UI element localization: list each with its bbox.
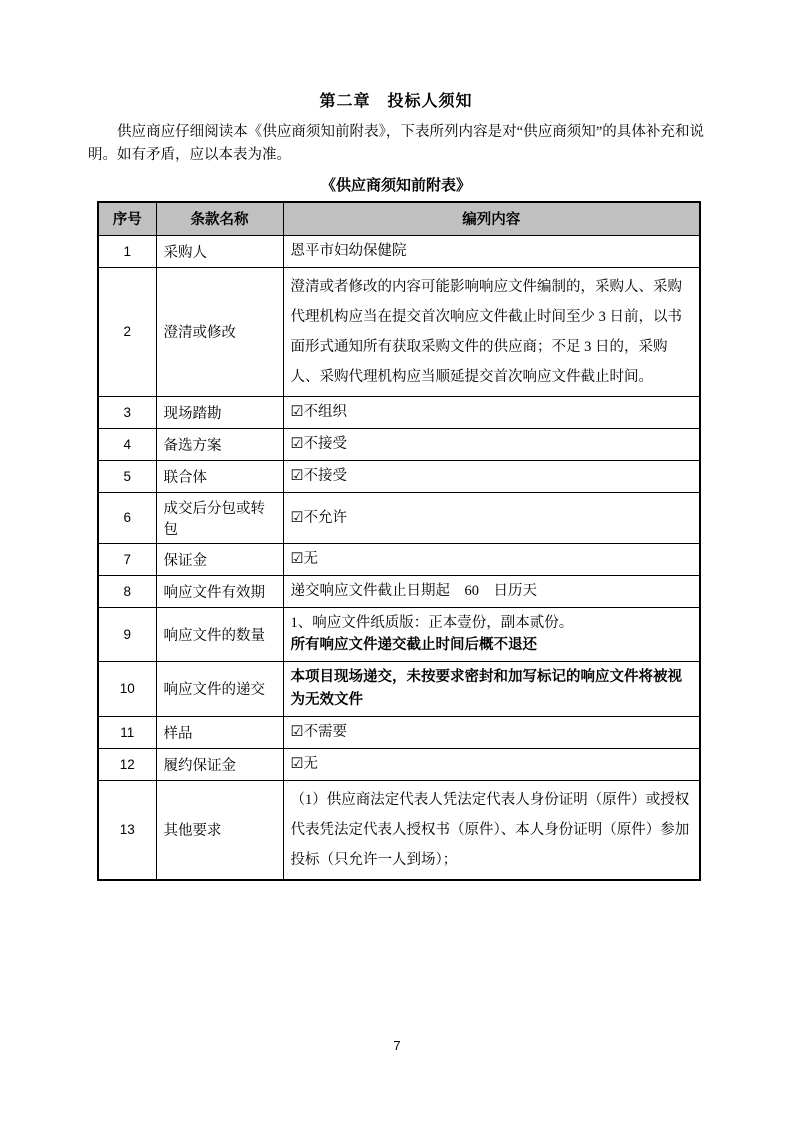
- clause-content: ☑不接受: [283, 428, 700, 460]
- row-number: 2: [98, 267, 156, 396]
- clause-content-line: 恩平市妇幼保健院: [291, 240, 693, 262]
- table-row: 2澄清或修改澄清或者修改的内容可能影响响应文件编制的，采购人、采购代理机构应当在…: [98, 267, 700, 396]
- clause-name: 澄清或修改: [156, 267, 283, 396]
- clause-content-line: ☑无: [291, 548, 693, 570]
- clause-name: 响应文件的数量: [156, 607, 283, 661]
- row-number: 12: [98, 748, 156, 780]
- row-number: 1: [98, 235, 156, 267]
- row-number: 8: [98, 575, 156, 607]
- clause-content: （1）供应商法定代表人凭法定代表人身份证明（原件）或授权代表凭法定代表人授权书（…: [283, 780, 700, 880]
- table-row: 1采购人恩平市妇幼保健院: [98, 235, 700, 267]
- table-row: 4备选方案☑不接受: [98, 428, 700, 460]
- clause-content-line: ☑无: [291, 753, 693, 775]
- clause-content-line: ☑不需要: [291, 721, 693, 743]
- clause-name: 保证金: [156, 543, 283, 575]
- clause-content-line: ☑不组织: [291, 401, 693, 423]
- clause-content: 1、响应文件纸质版：正本壹份，副本贰份。所有响应文件递交截止时间后概不退还: [283, 607, 700, 661]
- clause-content: 递交响应文件截止日期起 60 日历天: [283, 575, 700, 607]
- chapter-title: 第二章 投标人须知: [88, 88, 704, 111]
- clause-content: ☑不需要: [283, 716, 700, 748]
- table-row: 13其他要求（1）供应商法定代表人凭法定代表人身份证明（原件）或授权代表凭法定代…: [98, 780, 700, 880]
- front-annex-table: 序号 条款名称 编列内容 1采购人恩平市妇幼保健院2澄清或修改澄清或者修改的内容…: [97, 201, 701, 881]
- page-number: 7: [0, 1038, 794, 1053]
- clause-name: 响应文件有效期: [156, 575, 283, 607]
- clause-content-line: 1、响应文件纸质版：正本壹份，副本贰份。: [291, 612, 693, 634]
- row-number: 9: [98, 607, 156, 661]
- clause-name: 样品: [156, 716, 283, 748]
- row-number: 10: [98, 661, 156, 716]
- row-number: 7: [98, 543, 156, 575]
- clause-content-line: （1）供应商法定代表人凭法定代表人身份证明（原件）或授权代表凭法定代表人授权书（…: [291, 785, 693, 875]
- clause-name: 备选方案: [156, 428, 283, 460]
- row-number: 6: [98, 492, 156, 543]
- clause-content-line: ☑不允许: [291, 507, 693, 529]
- table-header-row: 序号 条款名称 编列内容: [98, 202, 700, 235]
- clause-content-line-bold: 本项目现场递交，未按要求密封和加写标记的响应文件将被视为无效文件: [291, 666, 693, 712]
- header-clause-name: 条款名称: [156, 202, 283, 235]
- row-number: 5: [98, 460, 156, 492]
- clause-name: 现场踏勘: [156, 396, 283, 428]
- clause-content-line-bold: 所有响应文件递交截止时间后概不退还: [291, 634, 693, 657]
- clause-content-line: ☑不接受: [291, 465, 693, 487]
- clause-content: ☑无: [283, 748, 700, 780]
- clause-content: ☑无: [283, 543, 700, 575]
- clause-name: 联合体: [156, 460, 283, 492]
- table-row: 8响应文件有效期递交响应文件截止日期起 60 日历天: [98, 575, 700, 607]
- header-seq: 序号: [98, 202, 156, 235]
- clause-content: ☑不组织: [283, 396, 700, 428]
- clause-content-line: ☑不接受: [291, 433, 693, 455]
- table-row: 10响应文件的递交本项目现场递交，未按要求密封和加写标记的响应文件将被视为无效文…: [98, 661, 700, 716]
- clause-name: 采购人: [156, 235, 283, 267]
- table-row: 6成交后分包或转包☑不允许: [98, 492, 700, 543]
- table-title: 《供应商须知前附表》: [88, 174, 704, 195]
- clause-content: 本项目现场递交，未按要求密封和加写标记的响应文件将被视为无效文件: [283, 661, 700, 716]
- row-number: 11: [98, 716, 156, 748]
- clause-content: 澄清或者修改的内容可能影响响应文件编制的，采购人、采购代理机构应当在提交首次响应…: [283, 267, 700, 396]
- table-row: 12履约保证金☑无: [98, 748, 700, 780]
- row-number: 3: [98, 396, 156, 428]
- clause-name: 其他要求: [156, 780, 283, 880]
- clause-content-line: 递交响应文件截止日期起 60 日历天: [291, 580, 693, 602]
- table-row: 11样品☑不需要: [98, 716, 700, 748]
- table-row: 7保证金☑无: [98, 543, 700, 575]
- row-number: 4: [98, 428, 156, 460]
- header-content: 编列内容: [283, 202, 700, 235]
- clause-content-line: 澄清或者修改的内容可能影响响应文件编制的，采购人、采购代理机构应当在提交首次响应…: [291, 272, 693, 392]
- table-row: 5联合体☑不接受: [98, 460, 700, 492]
- clause-content: ☑不接受: [283, 460, 700, 492]
- row-number: 13: [98, 780, 156, 880]
- clause-content: 恩平市妇幼保健院: [283, 235, 700, 267]
- table-row: 9响应文件的数量1、响应文件纸质版：正本壹份，副本贰份。所有响应文件递交截止时间…: [98, 607, 700, 661]
- clause-name: 响应文件的递交: [156, 661, 283, 716]
- clause-name: 成交后分包或转包: [156, 492, 283, 543]
- intro-paragraph: 供应商应仔细阅读本《供应商须知前附表》，下表所列内容是对“供应商须知”的具体补充…: [88, 121, 704, 167]
- page: 第二章 投标人须知 供应商应仔细阅读本《供应商须知前附表》，下表所列内容是对“供…: [0, 0, 794, 1123]
- clause-content: ☑不允许: [283, 492, 700, 543]
- table-row: 3现场踏勘☑不组织: [98, 396, 700, 428]
- clause-name: 履约保证金: [156, 748, 283, 780]
- table-body: 1采购人恩平市妇幼保健院2澄清或修改澄清或者修改的内容可能影响响应文件编制的，采…: [98, 235, 700, 880]
